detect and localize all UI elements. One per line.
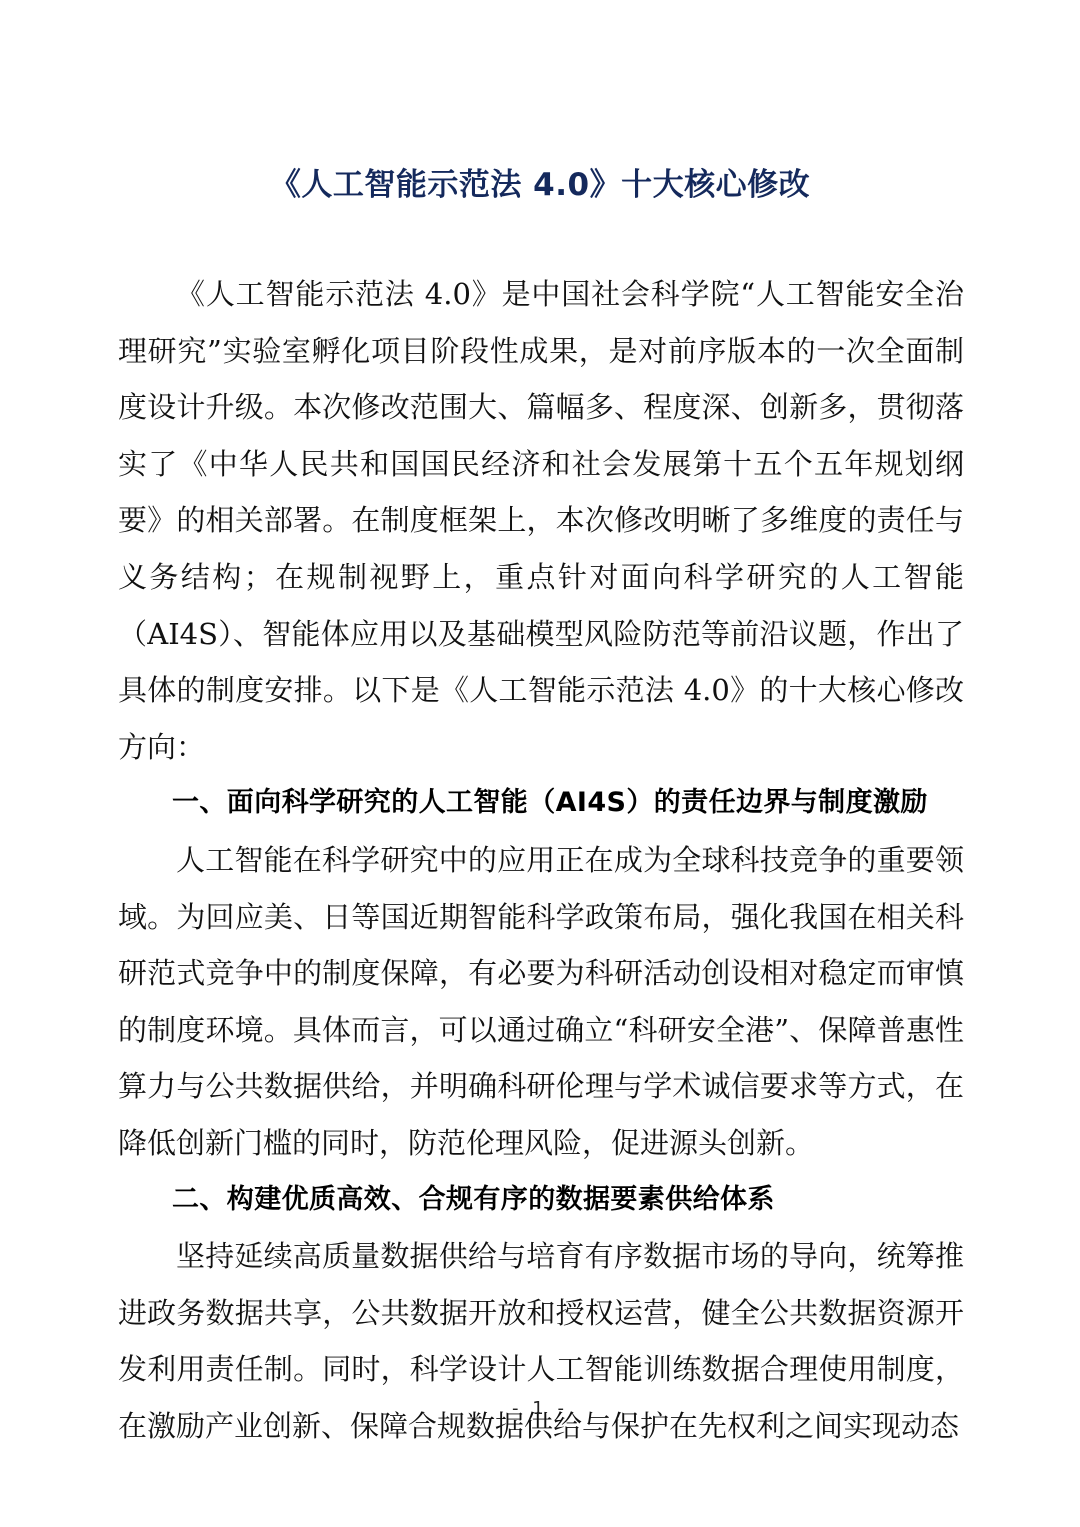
section-heading-1: 一、面向科学研究的人工智能（AI4S）的责任边界与制度激励 — [118, 775, 964, 832]
document-page: 《人工智能示范法 4.0》十大核心修改 《人工智能示范法 4.0》是中国社会科学… — [0, 0, 1080, 1527]
document-title: 《人工智能示范法 4.0》十大核心修改 — [0, 160, 1080, 210]
intro-paragraph: 《人工智能示范法 4.0》是中国社会科学院“人工智能安全治理研究”实验室孵化项目… — [118, 266, 964, 775]
section-heading-2-text: 二、构建优质高效、合规有序的数据要素供给体系 — [172, 1184, 775, 1215]
document-body: 《人工智能示范法 4.0》是中国社会科学院“人工智能安全治理研究”实验室孵化项目… — [118, 266, 964, 1454]
section-heading-1-text: 一、面向科学研究的人工智能（AI4S）的责任边界与制度激励 — [172, 787, 928, 818]
section-2-paragraph: 坚持延续高质量数据供给与培育有序数据市场的导向，统筹推进政务数据共享，公共数据开… — [118, 1228, 964, 1454]
section-1-paragraph: 人工智能在科学研究中的应用正在成为全球科技竞争的重要领域。为回应美、日等国近期智… — [118, 832, 964, 1172]
page-number: - 1 - — [0, 1398, 1080, 1419]
section-heading-2: 二、构建优质高效、合规有序的数据要素供给体系 — [118, 1172, 964, 1229]
